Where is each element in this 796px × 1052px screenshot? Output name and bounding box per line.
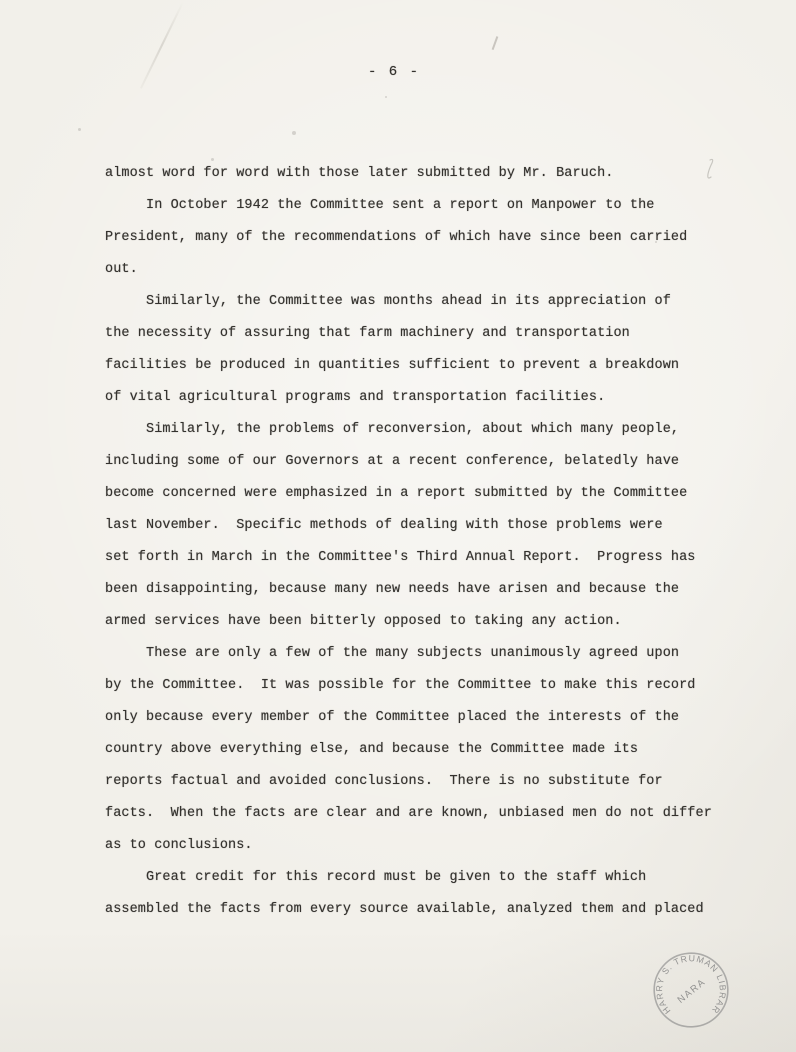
page-number: - 6 - <box>0 64 788 80</box>
text-line: In October 1942 the Committee sent a rep… <box>105 190 745 222</box>
text-line: President, many of the recommendations o… <box>105 222 745 254</box>
text-line: Similarly, the Committee was months ahea… <box>105 286 745 318</box>
text-line: reports factual and avoided conclusions.… <box>105 766 745 798</box>
text-line: out. <box>105 254 745 286</box>
text-line: of vital agricultural programs and trans… <box>105 382 745 414</box>
text-line: Great credit for this record must be giv… <box>105 862 745 894</box>
text-line: almost word for word with those later su… <box>105 158 745 190</box>
text-line: facts. When the facts are clear and are … <box>105 798 745 830</box>
paper-speck <box>385 96 387 98</box>
text-line: country above everything else, and becau… <box>105 734 745 766</box>
archive-stamp: HARRY S. TRUMAN LIBRARY NARA <box>651 950 731 1030</box>
text-line: set forth in March in the Committee's Th… <box>105 542 745 574</box>
text-line: last November. Specific methods of deali… <box>105 510 745 542</box>
text-line: These are only a few of the many subject… <box>105 638 745 670</box>
text-line: been disappointing, because many new nee… <box>105 574 745 606</box>
paper-speck <box>292 131 296 135</box>
paper-speck <box>78 128 81 131</box>
text-line: become concerned were emphasized in a re… <box>105 478 745 510</box>
text-line: assembled the facts from every source av… <box>105 894 745 926</box>
stray-pencil-slash <box>492 36 498 50</box>
text-line: including some of our Governors at a rec… <box>105 446 745 478</box>
document-body: almost word for word with those later su… <box>105 158 745 926</box>
text-line: Similarly, the problems of reconversion,… <box>105 414 745 446</box>
text-line: armed services have been bitterly oppose… <box>105 606 745 638</box>
text-line: by the Committee. It was possible for th… <box>105 670 745 702</box>
scanned-page: - 6 - almost word for word with those la… <box>0 0 796 1052</box>
text-line: as to conclusions. <box>105 830 745 862</box>
text-line: the necessity of assuring that farm mach… <box>105 318 745 350</box>
text-line: only because every member of the Committ… <box>105 702 745 734</box>
text-line: facilities be produced in quantities suf… <box>105 350 745 382</box>
stamp-center-text: NARA <box>676 976 709 1005</box>
